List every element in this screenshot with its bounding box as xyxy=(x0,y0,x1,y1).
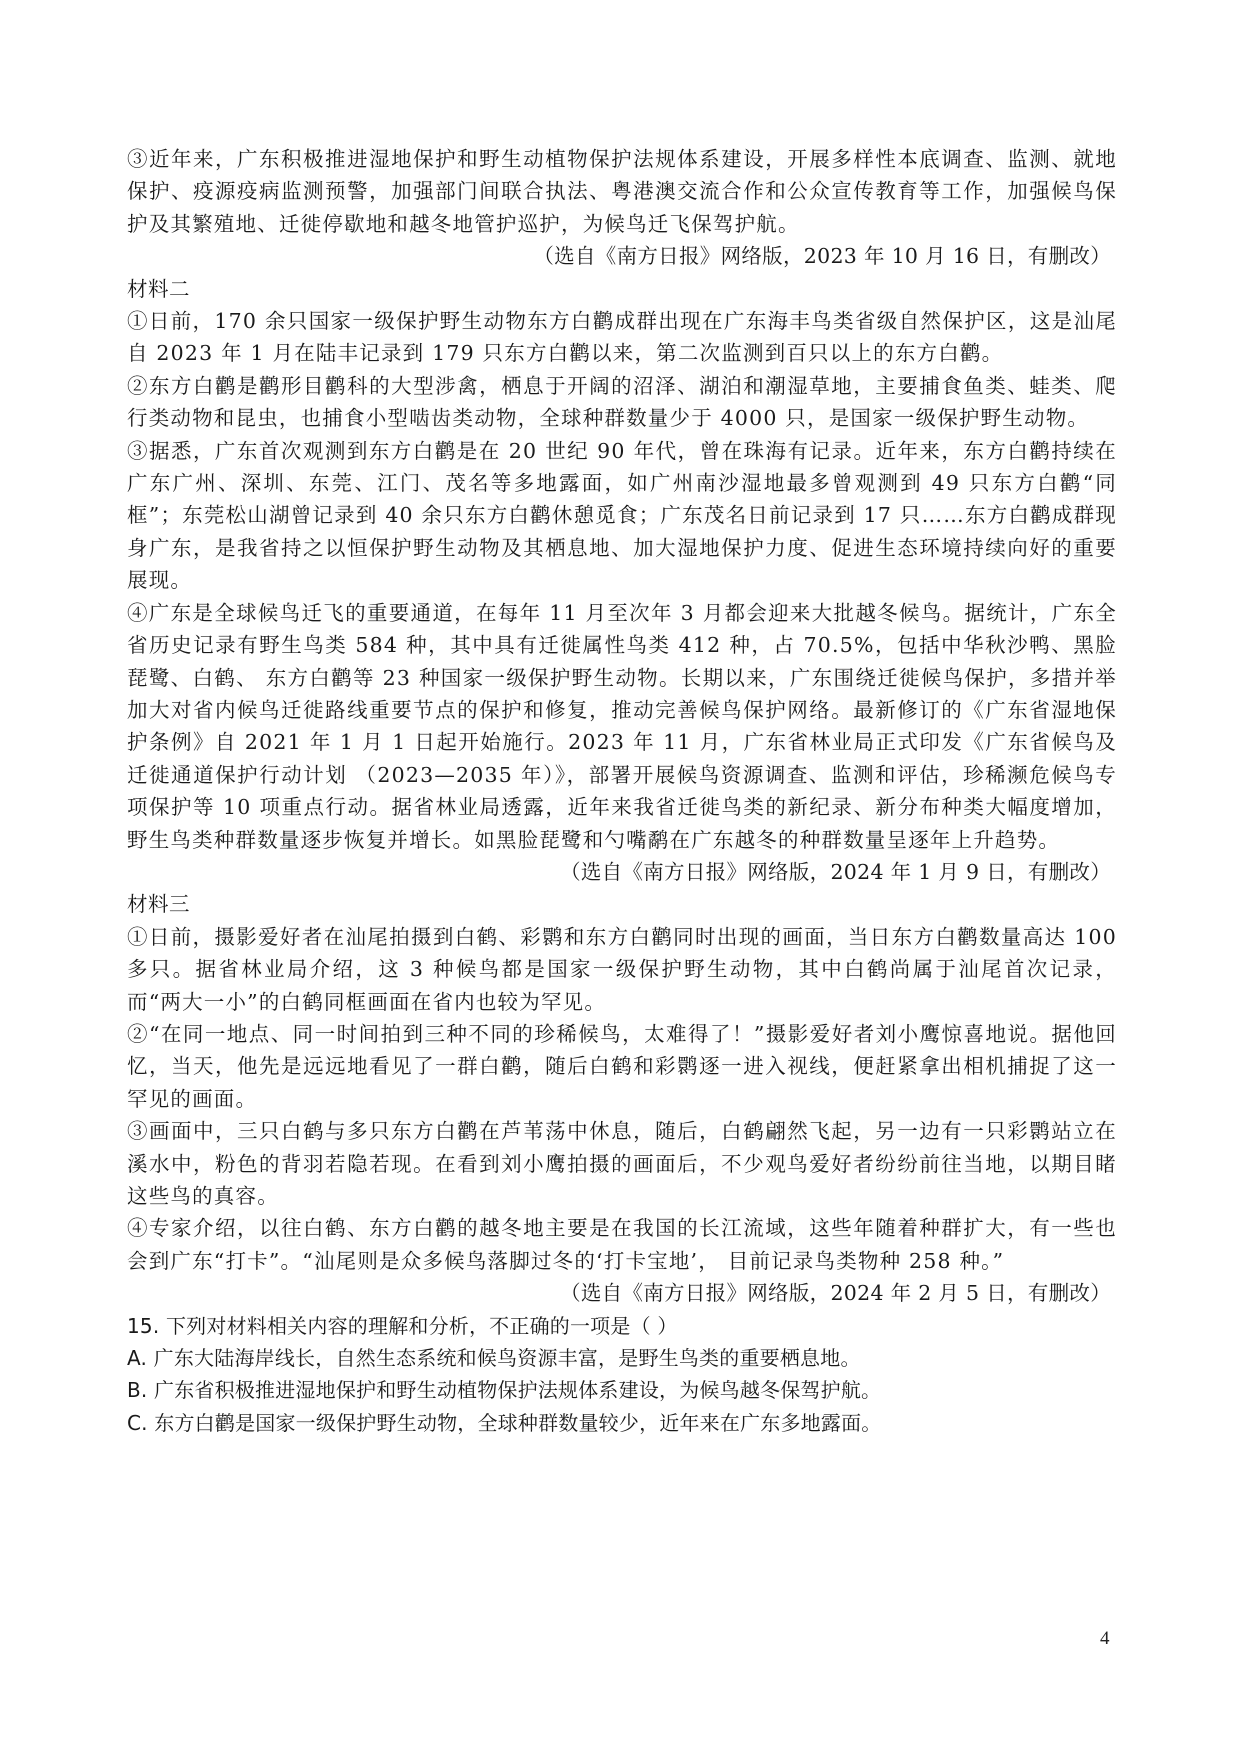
document-page: ③近年来，广东积极推进湿地保护和野生动植物保护法规体系建设，开展多样性本底调查、… xyxy=(127,143,1117,1439)
material-three-paragraph-3: ③画面中，三只白鹤与多只东方白鹳在芦苇荡中休息，随后，白鹤翩然飞起，另一边有一只… xyxy=(127,1115,1117,1212)
question-stem: 15. 下列对材料相关内容的理解和分析，不正确的一项是（ ） xyxy=(127,1310,1117,1342)
material-one-paragraph-3: ③近年来，广东积极推进湿地保护和野生动植物保护法规体系建设，开展多样性本底调查、… xyxy=(127,143,1117,240)
material-three-paragraph-4: ④专家介绍，以往白鹤、东方白鹳的越冬地主要是在我国的长江流域，这些年随着种群扩大… xyxy=(127,1212,1117,1277)
material-two-heading: 材料二 xyxy=(127,273,1117,305)
material-three-paragraph-2: ②“在同一地点、同一时间拍到三种不同的珍稀候鸟，太难得了！”摄影爱好者刘小鹰惊喜… xyxy=(127,1018,1117,1115)
page-number: 4 xyxy=(1100,1628,1110,1650)
question-option-c: C. 东方白鹳是国家一级保护野生动物，全球种群数量较少，近年来在广东多地露面。 xyxy=(127,1407,1117,1439)
material-one-source: （选自《南方日报》网络版，2023 年 10 月 16 日，有删改） xyxy=(127,240,1117,272)
material-two-paragraph-1: ①日前，170 余只国家一级保护野生动物东方白鹳成群出现在广东海丰鸟类省级自然保… xyxy=(127,305,1117,370)
material-three-paragraph-1: ①日前，摄影爱好者在汕尾拍摄到白鹤、彩鹮和东方白鹳同时出现的画面，当日东方白鹳数… xyxy=(127,921,1117,1018)
question-option-a: A. 广东大陆海岸线长，自然生态系统和候鸟资源丰富，是野生鸟类的重要栖息地。 xyxy=(127,1342,1117,1374)
material-two-source: （选自《南方日报》网络版，2024 年 1 月 9 日，有删改） xyxy=(127,856,1117,888)
material-three-heading: 材料三 xyxy=(127,888,1117,920)
material-two-paragraph-3: ③据悉，广东首次观测到东方白鹳是在 20 世纪 90 年代，曾在珠海有记录。近年… xyxy=(127,435,1117,597)
material-two-paragraph-4: ④广东是全球候鸟迁飞的重要通道，在每年 11 月至次年 3 月都会迎来大批越冬候… xyxy=(127,597,1117,856)
question-option-b: B. 广东省积极推进湿地保护和野生动植物保护法规体系建设，为候鸟越冬保驾护航。 xyxy=(127,1374,1117,1406)
material-two-paragraph-2: ②东方白鹳是鹳形目鹳科的大型涉禽，栖息于开阔的沼泽、湖泊和潮湿草地，主要捕食鱼类… xyxy=(127,370,1117,435)
material-three-source: （选自《南方日报》网络版，2024 年 2 月 5 日，有删改） xyxy=(127,1277,1117,1309)
